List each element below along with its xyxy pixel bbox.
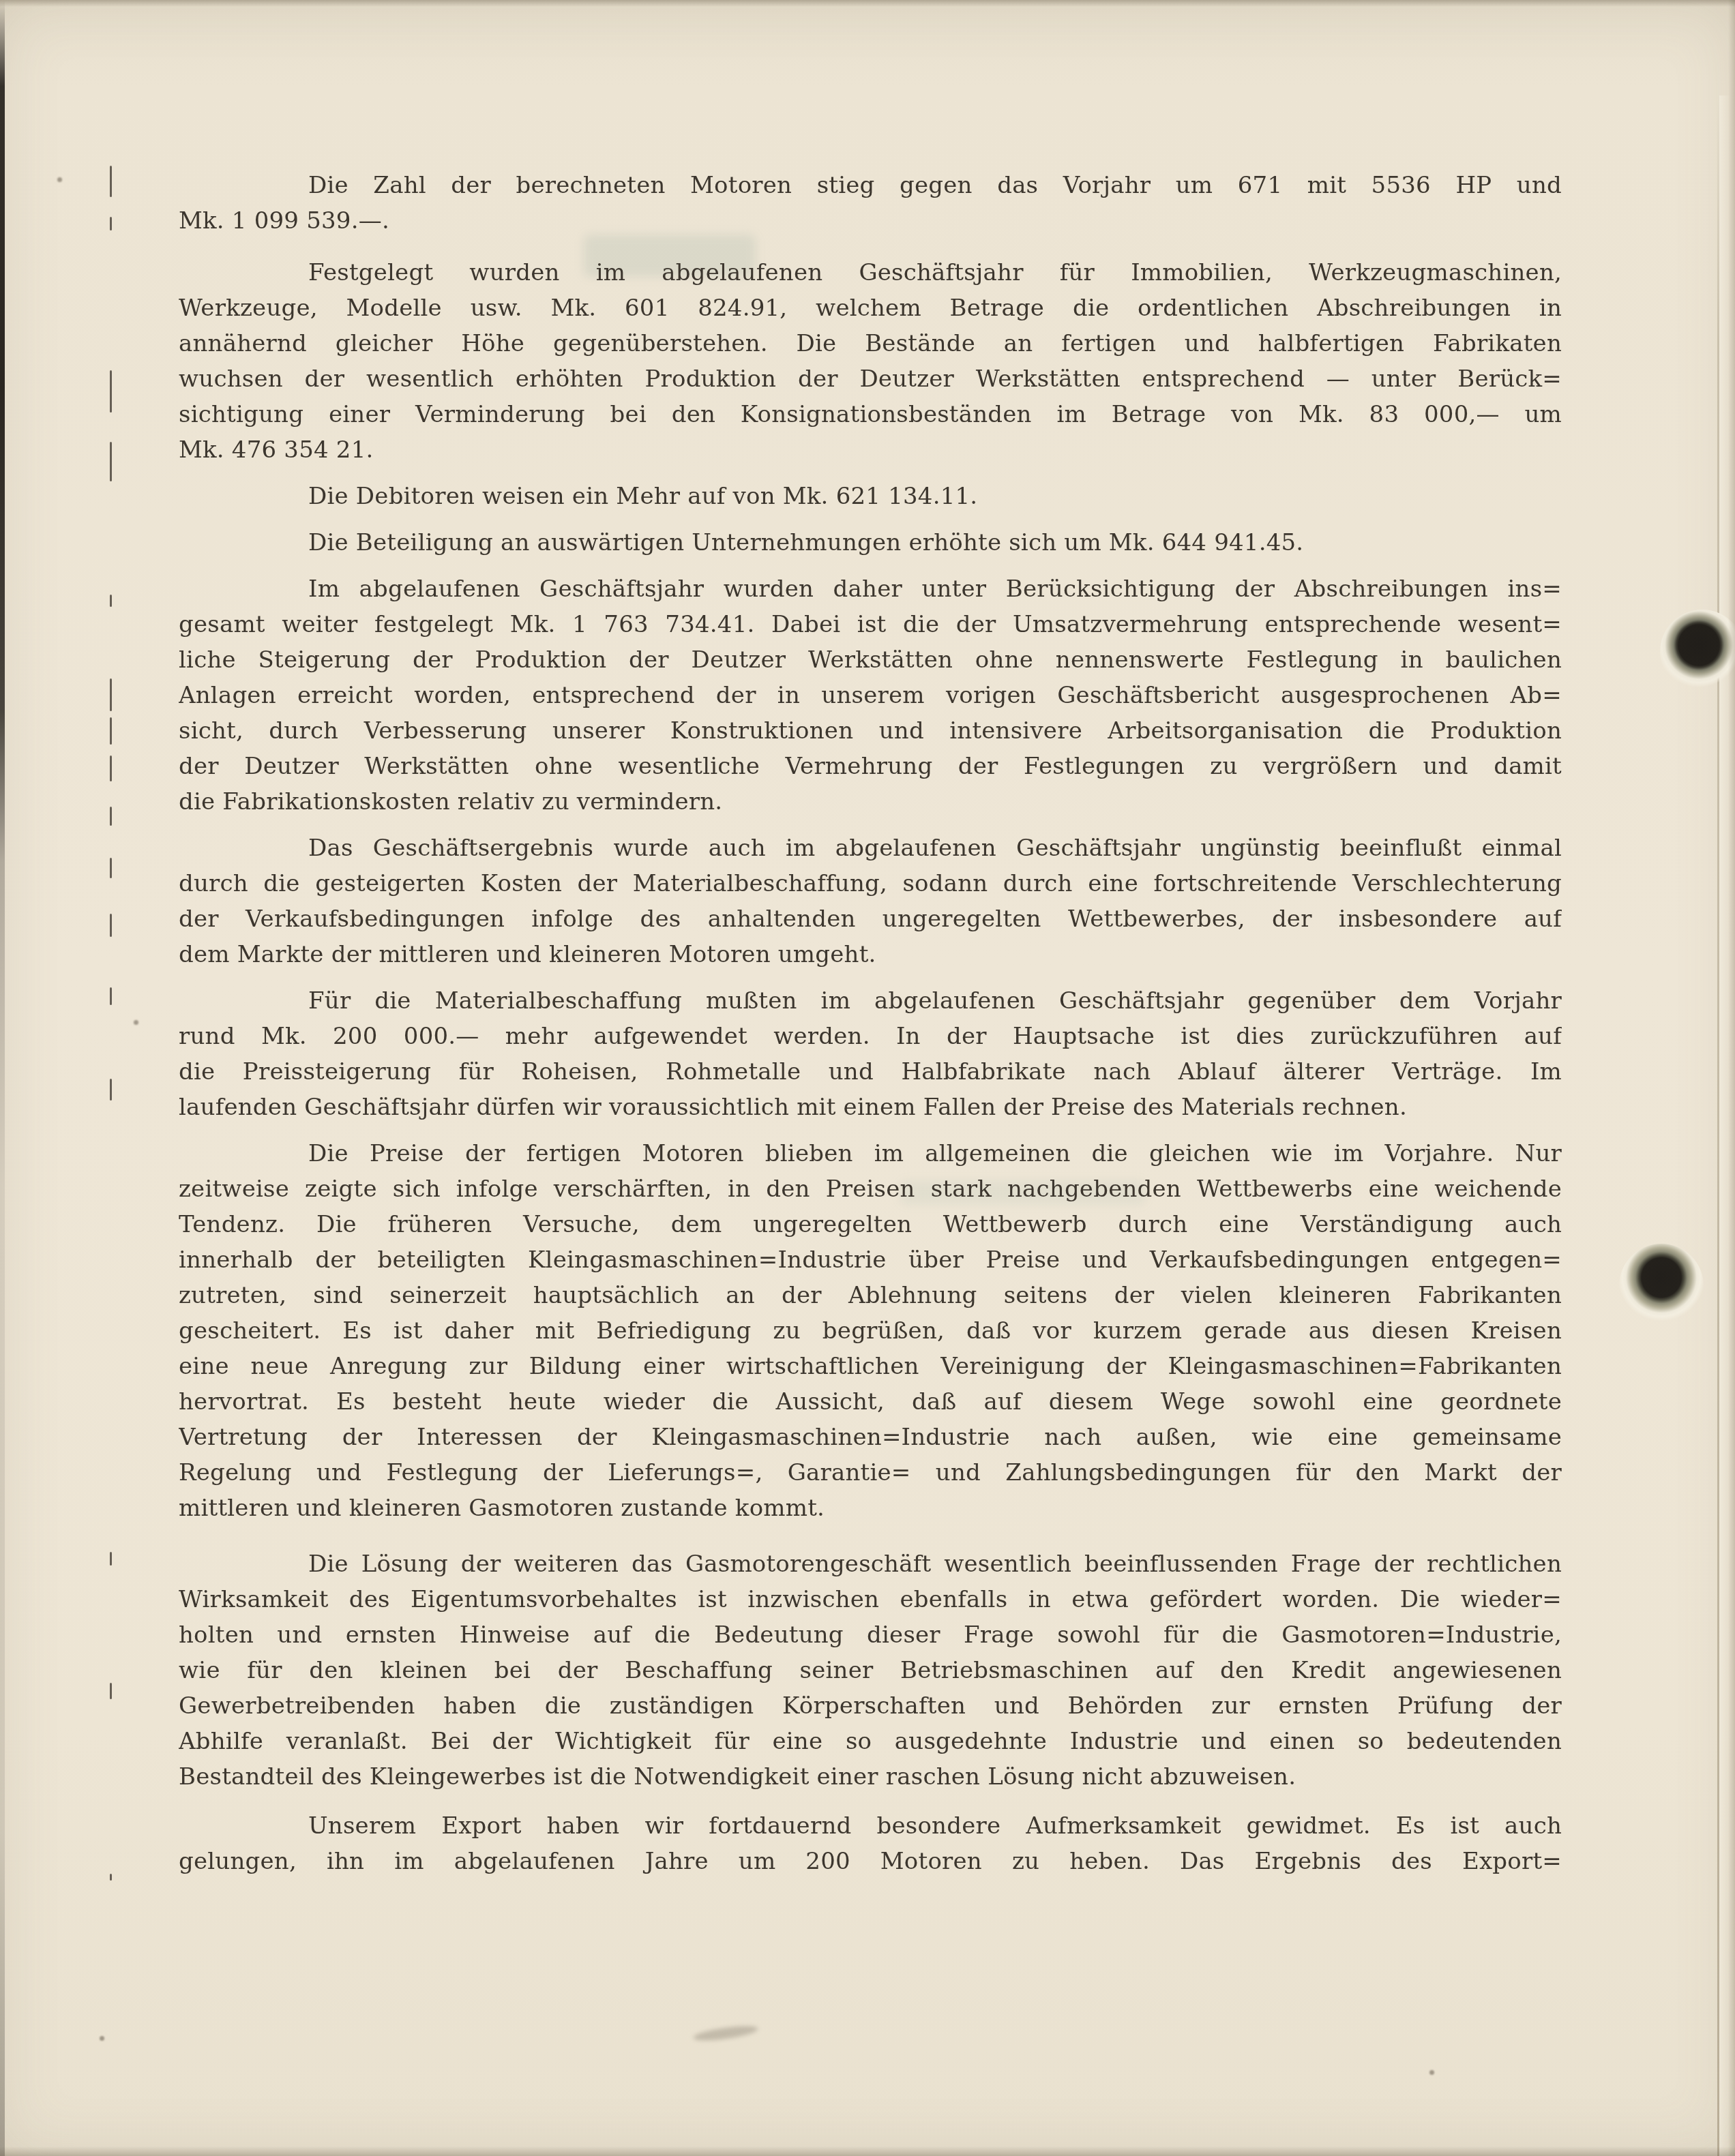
text-line: hervortrat. Es besteht heute wieder die … [179, 1384, 1562, 1420]
text-line: liche Steigerung der Produktion der Deut… [179, 642, 1562, 678]
text-line: gesamt weiter festgelegt Mk. 1 763 734.4… [179, 607, 1562, 642]
text-line: die Fabrikationskosten relativ zu vermin… [179, 784, 1562, 820]
text-line: sichtigung einer Verminderung bei den Ko… [179, 397, 1562, 432]
text-line: Wirksamkeit des Eigentumsvorbehaltes ist… [179, 1582, 1562, 1617]
binding-crease-mark [110, 1552, 112, 1566]
text-line: Unserem Export haben wir fortdauernd bes… [179, 1808, 1562, 1844]
paper-speck [100, 2036, 104, 2041]
scan-edge-shadow [0, 0, 1735, 7]
paragraph: Die Debitoren weisen ein Mehr auf von Mk… [179, 479, 1562, 514]
text-line: Festgelegt wurden im abgelaufenen Geschä… [179, 255, 1562, 290]
text-line: holten und ernsten Hinweise auf die Bede… [179, 1617, 1562, 1653]
text-line: die Preissteigerung für Roheisen, Rohmet… [179, 1054, 1562, 1090]
text-line: dem Markte der mittleren und kleineren M… [179, 937, 1562, 972]
paragraph: Die Lösung der weiteren das Gasmotorenge… [179, 1546, 1562, 1795]
binding-crease-mark [110, 914, 112, 937]
text-line: Die Zahl der berechneten Motoren stieg g… [179, 168, 1562, 203]
binding-crease-mark [110, 987, 112, 1005]
scanned-page: Die Zahl der berechneten Motoren stieg g… [0, 0, 1735, 2156]
punch-hole-bottom [1619, 1244, 1704, 1328]
binding-crease-mark [110, 442, 112, 481]
text-line: Mk. 476 354 21. [179, 432, 1562, 468]
binding-crease-mark [110, 1683, 112, 1699]
text-line: Gewerbetreibenden haben die zuständigen … [179, 1688, 1562, 1724]
text-line: der Deutzer Werkstätten ohne wesentliche… [179, 749, 1562, 784]
punch-hole-top [1660, 610, 1735, 694]
text-line: Abhilfe veranlaßt. Bei der Wichtigkeit f… [179, 1724, 1562, 1759]
text-line: mittleren und kleineren Gasmotoren zusta… [179, 1491, 1562, 1526]
text-line: Die Beteiligung an auswärtigen Unternehm… [179, 525, 1562, 560]
paragraph: Die Zahl der berechneten Motoren stieg g… [179, 168, 1562, 239]
text-line: gescheitert. Es ist daher mit Befriedigu… [179, 1313, 1562, 1349]
text-line: laufenden Geschäftsjahr dürfen wir vorau… [179, 1090, 1562, 1125]
text-line: der Verkaufsbedingungen infolge des anha… [179, 901, 1562, 937]
text-line: durch die gesteigerten Kosten der Materi… [179, 866, 1562, 901]
text-line: annähernd gleicher Höhe gegenüberstehen.… [179, 326, 1562, 361]
binding-crease-mark [110, 678, 112, 711]
text-line: Für die Materialbeschaffung mußten im ab… [179, 983, 1562, 1019]
document-text: Die Zahl der berechneten Motoren stieg g… [179, 168, 1562, 1879]
text-line: innerhalb der beteiligten Kleingasmaschi… [179, 1242, 1562, 1278]
scan-edge-shadow [1728, 0, 1735, 2156]
binding-crease-mark [110, 717, 112, 745]
paragraph: Festgelegt wurden im abgelaufenen Geschä… [179, 255, 1562, 468]
text-line: Tendenz. Die früheren Versuche, dem unge… [179, 1207, 1562, 1242]
text-line: wuchsen der wesentlich erhöhten Produkti… [179, 361, 1562, 397]
text-line: gelungen, ihn im abgelaufenen Jahre um 2… [179, 1844, 1562, 1879]
paragraph: Für die Materialbeschaffung mußten im ab… [179, 983, 1562, 1125]
paper-speck [134, 1020, 138, 1025]
paragraph: Das Geschäftsergebnis wurde auch im abge… [179, 830, 1562, 972]
scan-edge-shadow [0, 0, 5, 2156]
binding-crease-mark [110, 807, 112, 826]
binding-crease-mark [110, 166, 112, 197]
paper-speck [57, 177, 62, 182]
paper-speck [1429, 2070, 1434, 2075]
binding-crease-mark [110, 595, 112, 607]
page-crease-line [1717, 95, 1719, 2156]
text-line: rund Mk. 200 000.— mehr aufgewendet werd… [179, 1019, 1562, 1054]
text-line: Mk. 1 099 539.—. [179, 203, 1562, 239]
text-line: Die Debitoren weisen ein Mehr auf von Mk… [179, 479, 1562, 514]
text-line: Vertretung der Interessen der Kleingasma… [179, 1420, 1562, 1455]
text-line: Werkzeuge, Modelle usw. Mk. 601 824.91, … [179, 290, 1562, 326]
text-line: wie für den kleinen bei der Beschaffung … [179, 1653, 1562, 1688]
paragraph: Im abgelaufenen Geschäftsjahr wurden dah… [179, 571, 1562, 820]
text-line: Bestandteil des Kleingewerbes ist die No… [179, 1759, 1562, 1795]
text-line: eine neue Anregung zur Bildung einer wir… [179, 1349, 1562, 1384]
text-line: Die Lösung der weiteren das Gasmotorenge… [179, 1546, 1562, 1582]
binding-crease-mark [110, 858, 112, 878]
text-line: Regelung und Festlegung der Lieferungs=,… [179, 1455, 1562, 1491]
binding-crease-mark [110, 755, 112, 781]
text-line: Das Geschäftsergebnis wurde auch im abge… [179, 830, 1562, 866]
text-line: Anlagen erreicht worden, entsprechend de… [179, 678, 1562, 713]
binding-crease-mark [110, 217, 112, 230]
text-line: zeitweise zeigte sich infolge verschärft… [179, 1171, 1562, 1207]
text-line: Die Preise der fertigen Motoren blieben … [179, 1136, 1562, 1171]
paragraph: Die Beteiligung an auswärtigen Unternehm… [179, 525, 1562, 560]
binding-crease-mark [110, 1874, 112, 1881]
text-line: sicht, durch Verbesserung unserer Konstr… [179, 713, 1562, 749]
scan-edge-shadow [0, 2146, 1735, 2156]
paragraph: Die Preise der fertigen Motoren blieben … [179, 1136, 1562, 1526]
pencil-smudge [692, 2023, 758, 2043]
text-line: zutreten, sind seinerzeit hauptsächlich … [179, 1278, 1562, 1313]
binding-crease-mark [110, 370, 112, 413]
binding-crease-mark [110, 1079, 112, 1101]
paragraph: Unserem Export haben wir fortdauernd bes… [179, 1808, 1562, 1879]
text-line: Im abgelaufenen Geschäftsjahr wurden dah… [179, 571, 1562, 607]
